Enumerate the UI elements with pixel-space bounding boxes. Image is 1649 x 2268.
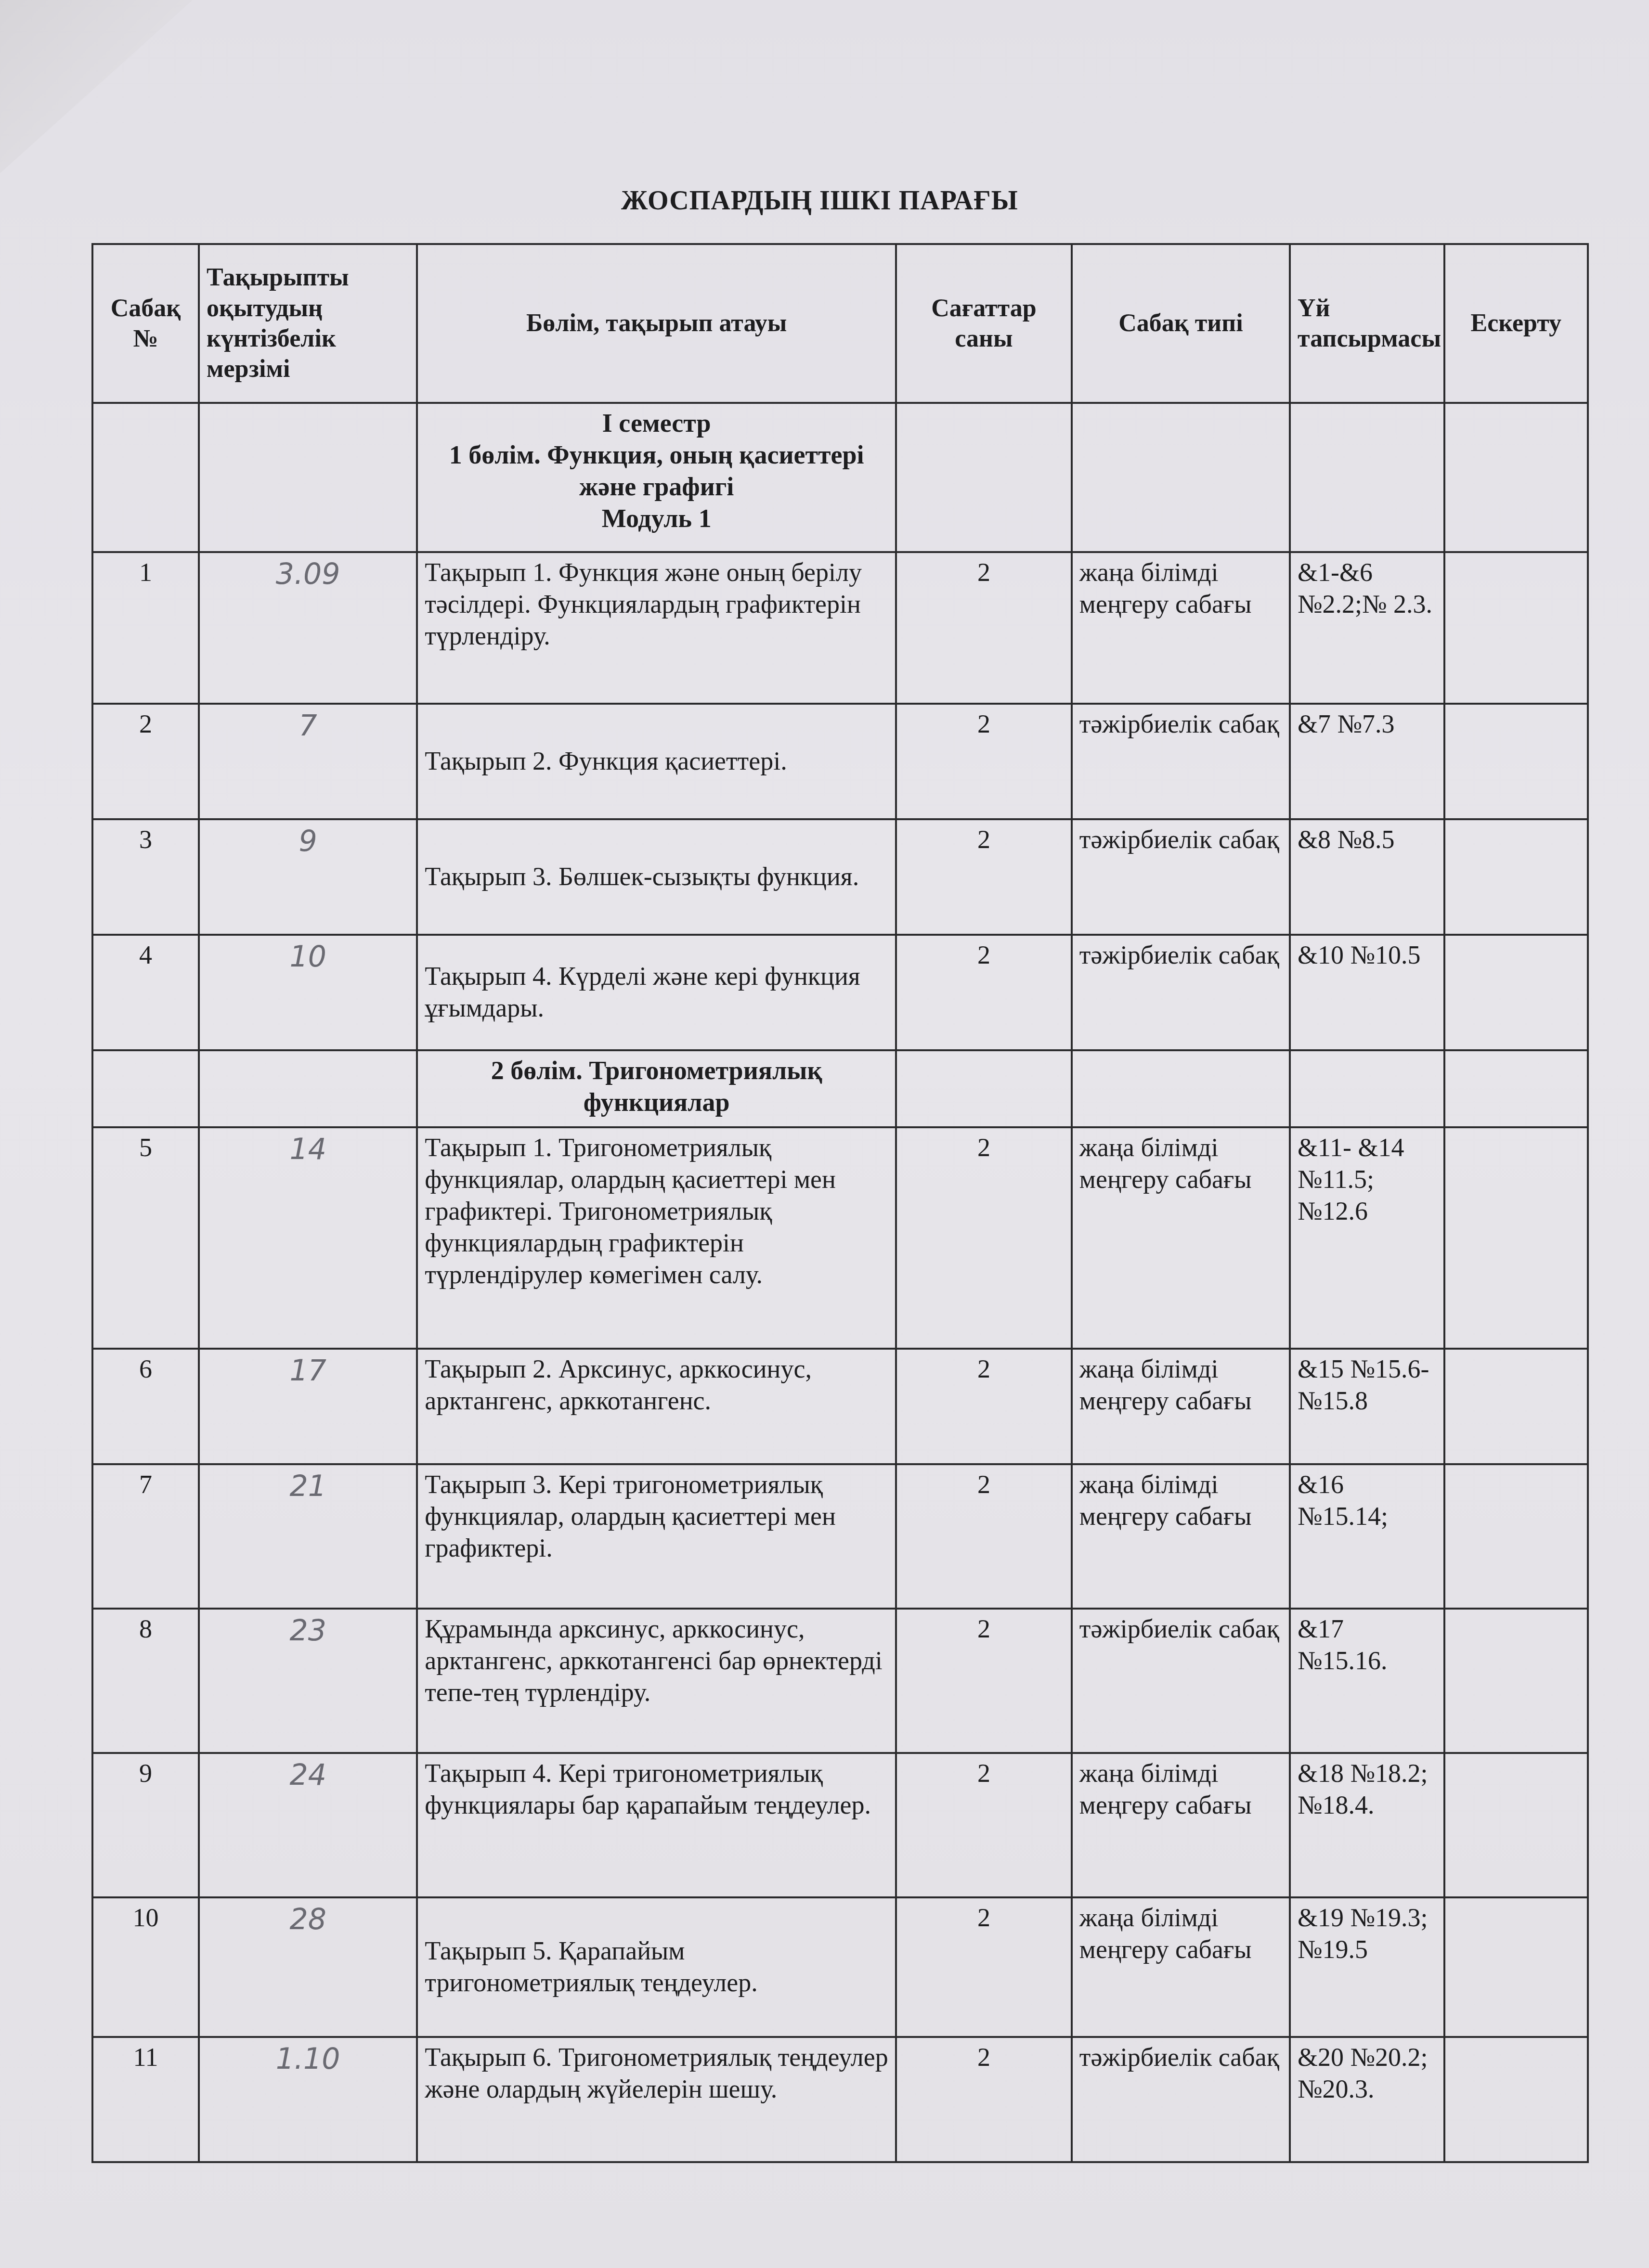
homework: &18 №18.2; №18.4. [1290,1753,1444,1897]
lesson-title: Тақырып 3. Бөлшек-сызықты функция. [417,819,896,935]
lesson-no: 3 [92,819,199,935]
hours: 2 [896,1349,1072,1464]
section-heading: I семестр 1 бөлім. Функция, оның қасиетт… [417,403,896,552]
lesson-title: Тақырып 4. Кері тригонометриялық функция… [417,1753,896,1897]
handwritten-date: 21 [199,1464,417,1609]
lesson-type: тәжірбиелік сабақ [1072,935,1290,1050]
table-row: 6 17 Тақырып 2. Арксинус, арккосинус, ар… [92,1349,1588,1464]
homework: &10 №10.5 [1290,935,1444,1050]
header-homework: Үй тапсырмасы [1290,244,1444,403]
note [1444,552,1588,704]
lesson-no: 8 [92,1609,199,1753]
section-row: 2 бөлім. Тригонометриялық функциялар [92,1050,1588,1127]
lesson-type: тәжірбиелік сабақ [1072,2037,1290,2162]
lesson-no: 4 [92,935,199,1050]
table-row: 1 3.09 Тақырып 1. Функция және оның бері… [92,552,1588,704]
lesson-type: жаңа білімді меңгеру сабағы [1072,552,1290,704]
homework: &8 №8.5 [1290,819,1444,935]
lesson-title: Тақырып 4. Күрделі және кері функция ұғы… [417,935,896,1050]
note [1444,1897,1588,2037]
section-heading: 2 бөлім. Тригонометриялық функциялар [417,1050,896,1127]
note [1444,2037,1588,2162]
header-note: Ескерту [1444,244,1588,403]
document-title: ЖОСПАРДЫҢ ІШКІ ПАРАҒЫ [621,185,1018,216]
lesson-title: Тақырып 5. Қарапайым тригонометриялық те… [417,1897,896,2037]
hours: 2 [896,819,1072,935]
hours: 2 [896,1127,1072,1349]
handwritten-date: 3.09 [199,552,417,704]
table-row: 9 24 Тақырып 4. Кері тригонометриялық фу… [92,1753,1588,1897]
note [1444,1349,1588,1464]
lesson-type: жаңа білімді меңгеру сабағы [1072,1127,1290,1349]
lesson-type: тәжірбиелік сабақ [1072,704,1290,819]
folded-corner [0,0,193,173]
scanned-page: ЖОСПАРДЫҢ ІШКІ ПАРАҒЫ Сабақ № Тақырыпты … [0,0,1649,2268]
homework: &1-&6 №2.2;№ 2.3. [1290,552,1444,704]
section-row: I семестр 1 бөлім. Функция, оның қасиетт… [92,403,1588,552]
lesson-no: 2 [92,704,199,819]
lesson-no: 1 [92,552,199,704]
note [1444,819,1588,935]
note [1444,1753,1588,1897]
hours: 2 [896,552,1072,704]
lesson-title: Тақырып 3. Кері тригонометриялық функция… [417,1464,896,1609]
note [1444,1464,1588,1609]
table-row: 5 14 Тақырып 1. Тригонометриялық функция… [92,1127,1588,1349]
header-hours: Сағаттар саны [896,244,1072,403]
module-label: Модуль 1 [425,503,888,535]
handwritten-date: 10 [199,935,417,1050]
lesson-title: Тақырып 6. Тригонометриялық теңдеулер жә… [417,2037,896,2162]
hours: 2 [896,1897,1072,2037]
header-date: Тақырыпты оқытудың күнтізбелік мерзімі [199,244,417,403]
hours: 2 [896,1464,1072,1609]
lesson-title: Тақырып 1. Тригонометриялық функциялар, … [417,1127,896,1349]
header-lesson-type: Сабақ типі [1072,244,1290,403]
homework: &15 №15.6- №15.8 [1290,1349,1444,1464]
header-lesson-no: Сабақ № [92,244,199,403]
lesson-title: Тақырып 2. Арксинус, арккосинус, арктанг… [417,1349,896,1464]
handwritten-date: 1.10 [199,2037,417,2162]
table-row: 11 1.10 Тақырып 6. Тригонометриялық теңд… [92,2037,1588,2162]
homework: &17 №15.16. [1290,1609,1444,1753]
lesson-title: Тақырып 2. Функция қасиеттері. [417,704,896,819]
lesson-type: жаңа білімді меңгеру сабағы [1072,1897,1290,2037]
hours: 2 [896,1609,1072,1753]
handwritten-date: 28 [199,1897,417,2037]
homework: &16 №15.14; [1290,1464,1444,1609]
lesson-type: жаңа білімді меңгеру сабағы [1072,1753,1290,1897]
handwritten-date: 7 [199,704,417,819]
lesson-type: жаңа білімді меңгеру сабағы [1072,1464,1290,1609]
lesson-title: Құрамында арксинус, арккосинус, арктанге… [417,1609,896,1753]
handwritten-date: 24 [199,1753,417,1897]
lesson-no: 5 [92,1127,199,1349]
table-row: 8 23 Құрамында арксинус, арккосинус, арк… [92,1609,1588,1753]
homework: &7 №7.3 [1290,704,1444,819]
handwritten-date: 23 [199,1609,417,1753]
handwritten-date: 17 [199,1349,417,1464]
homework: &11- &14 №11.5; №12.6 [1290,1127,1444,1349]
lesson-no: 11 [92,2037,199,2162]
lesson-plan-table: Сабақ № Тақырыпты оқытудың күнтізбелік м… [91,243,1589,2163]
handwritten-date: 14 [199,1127,417,1349]
semester-label: I семестр [425,408,888,439]
lesson-type: тәжірбиелік сабақ [1072,819,1290,935]
table-row: 4 10 Тақырып 4. Күрделі және кері функци… [92,935,1588,1050]
note [1444,935,1588,1050]
note [1444,704,1588,819]
table-row: 7 21 Тақырып 3. Кері тригонометриялық фу… [92,1464,1588,1609]
table-row: 2 7 Тақырып 2. Функция қасиеттері. 2 тәж… [92,704,1588,819]
table-row: 3 9 Тақырып 3. Бөлшек-сызықты функция. 2… [92,819,1588,935]
table-row: 10 28 Тақырып 5. Қарапайым тригонометрия… [92,1897,1588,2037]
lesson-type: тәжірбиелік сабақ [1072,1609,1290,1753]
note [1444,1609,1588,1753]
hours: 2 [896,2037,1072,2162]
lesson-no: 9 [92,1753,199,1897]
part-label: 1 бөлім. Функция, оның қасиеттері және г… [425,439,888,503]
table-header-row: Сабақ № Тақырыпты оқытудың күнтізбелік м… [92,244,1588,403]
lesson-type: жаңа білімді меңгеру сабағы [1072,1349,1290,1464]
handwritten-date: 9 [199,819,417,935]
hours: 2 [896,704,1072,819]
homework: &19 №19.3; №19.5 [1290,1897,1444,2037]
lesson-title: Тақырып 1. Функция және оның берілу тәсі… [417,552,896,704]
header-title: Бөлім, тақырып атауы [417,244,896,403]
lesson-no: 7 [92,1464,199,1609]
note [1444,1127,1588,1349]
hours: 2 [896,1753,1072,1897]
lesson-no: 10 [92,1897,199,2037]
hours: 2 [896,935,1072,1050]
homework: &20 №20.2; №20.3. [1290,2037,1444,2162]
lesson-no: 6 [92,1349,199,1464]
